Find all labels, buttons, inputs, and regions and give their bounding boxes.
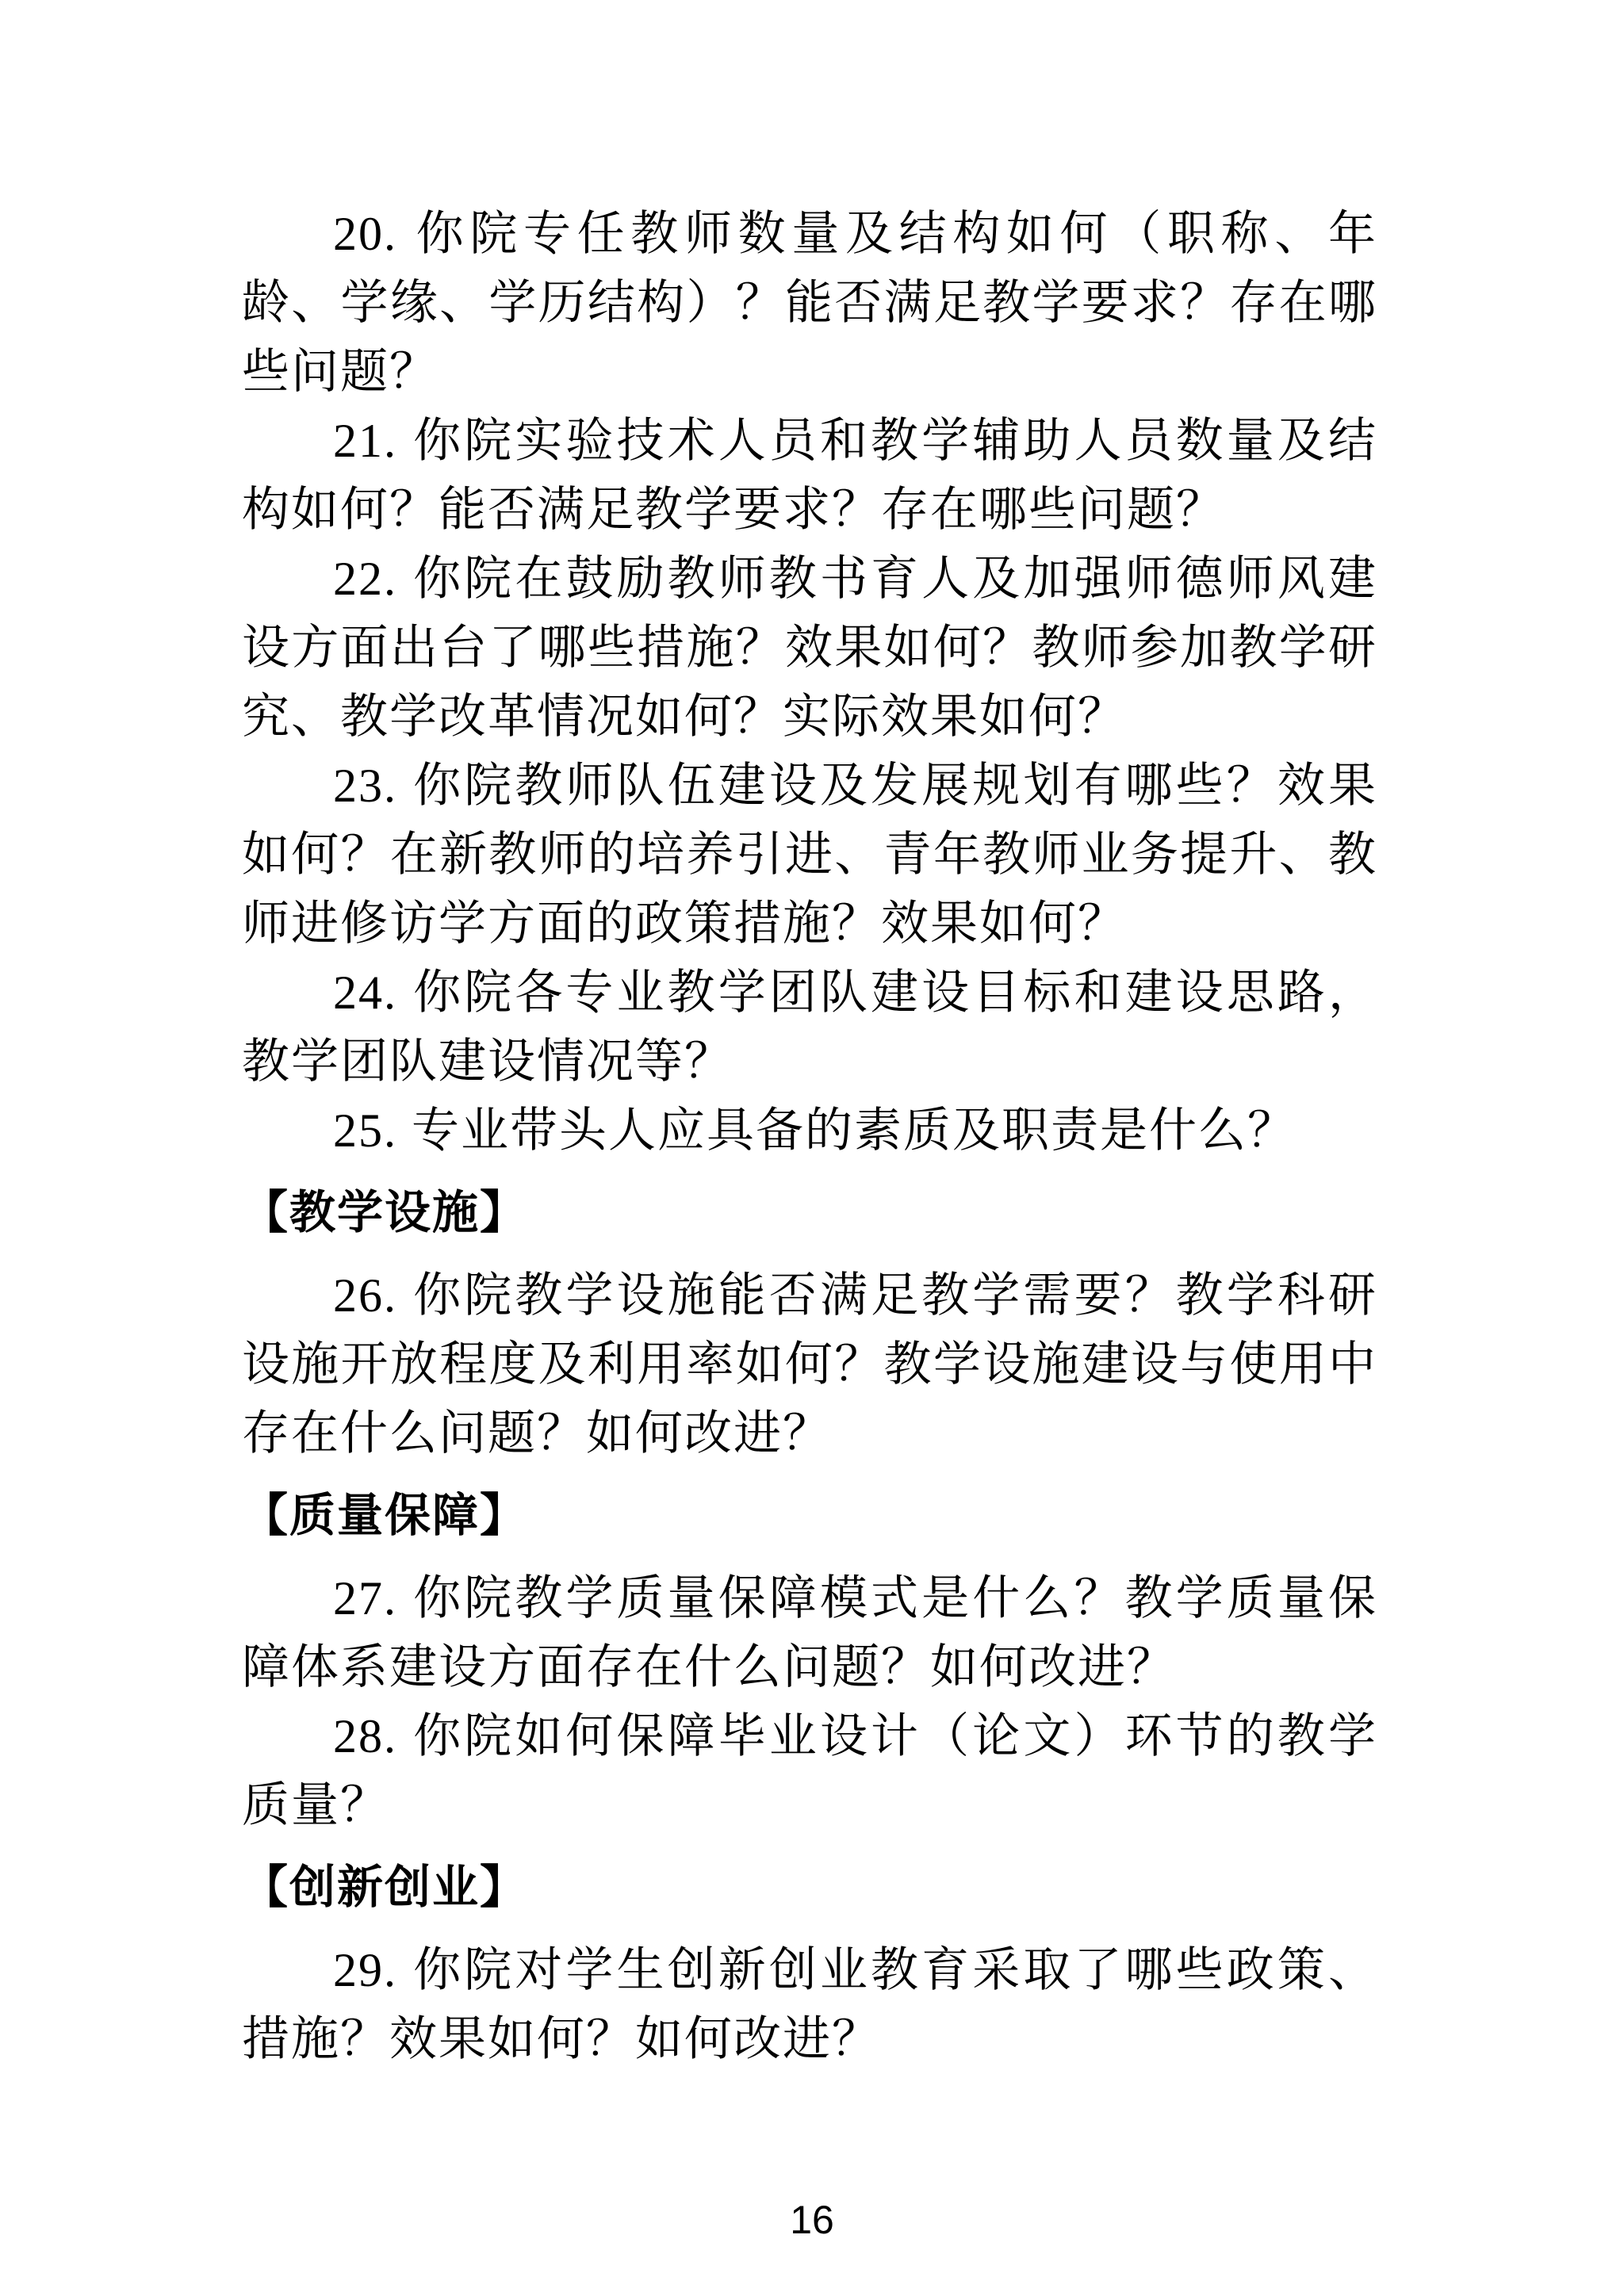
question-number: 26. bbox=[333, 1269, 397, 1322]
question-number: 22. bbox=[333, 553, 397, 605]
section-heading: 【质量保障】 bbox=[242, 1481, 1377, 1550]
question-number: 28. bbox=[333, 1710, 397, 1762]
question-number: 21. bbox=[333, 415, 397, 467]
question-item: 22.你院在鼓励教师教书育人及加强师德师风建设方面出台了哪些措施？效果如何？教师… bbox=[242, 545, 1377, 752]
question-text: 你院在鼓励教师教书育人及加强师德师风建设方面出台了哪些措施？效果如何？教师参加教… bbox=[242, 553, 1377, 743]
question-item: 28.你院如何保障毕业设计（论文）环节的教学质量？ bbox=[242, 1702, 1377, 1840]
question-text: 你院教学质量保障模式是什么？教学质量保障体系建设方面存在什么问题？如何改进？ bbox=[242, 1572, 1377, 1693]
content: 20.你院专任教师数量及结构如何（职称、年龄、学缘、学历结构）？能否满足教学要求… bbox=[242, 200, 1377, 2074]
question-number: 29. bbox=[333, 1944, 397, 1996]
section-heading: 【创新创业】 bbox=[242, 1853, 1377, 1922]
question-text: 你院各专业教学团队建设目标和建设思路，教学团队建设情况等？ bbox=[242, 966, 1377, 1088]
question-item: 23.你院教师队伍建设及发展规划有哪些？效果如何？在新教师的培养引进、青年教师业… bbox=[242, 752, 1377, 959]
question-text: 你院教师队伍建设及发展规划有哪些？效果如何？在新教师的培养引进、青年教师业务提升… bbox=[242, 760, 1377, 950]
question-item: 24.你院各专业教学团队建设目标和建设思路，教学团队建设情况等？ bbox=[242, 959, 1377, 1096]
question-item: 29.你院对学生创新创业教育采取了哪些政策、措施？效果如何？如何改进？ bbox=[242, 1936, 1377, 2074]
question-text: 你院对学生创新创业教育采取了哪些政策、措施？效果如何？如何改进？ bbox=[242, 1944, 1377, 2065]
question-text: 你院专任教师数量及结构如何（职称、年龄、学缘、学历结构）？能否满足教学要求？存在… bbox=[242, 208, 1377, 398]
document-page: 20.你院专任教师数量及结构如何（职称、年龄、学缘、学历结构）？能否满足教学要求… bbox=[0, 0, 1624, 2296]
page-number: 16 bbox=[0, 2198, 1624, 2242]
section-heading: 【教学设施】 bbox=[242, 1178, 1377, 1247]
question-number: 27. bbox=[333, 1572, 397, 1624]
question-number: 24. bbox=[333, 966, 397, 1019]
question-item: 27.你院教学质量保障模式是什么？教学质量保障体系建设方面存在什么问题？如何改进… bbox=[242, 1564, 1377, 1702]
question-number: 23. bbox=[333, 760, 397, 812]
question-number: 25. bbox=[333, 1104, 397, 1157]
question-item: 25.专业带头人应具备的素质及职责是什么？ bbox=[242, 1096, 1377, 1165]
question-item: 21.你院实验技术人员和教学辅助人员数量及结构如何？能否满足教学要求？存在哪些问… bbox=[242, 407, 1377, 545]
question-text: 你院实验技术人员和教学辅助人员数量及结构如何？能否满足教学要求？存在哪些问题？ bbox=[242, 415, 1377, 536]
question-number: 20. bbox=[333, 208, 397, 260]
question-text: 你院教学设施能否满足教学需要？教学科研设施开放程度及利用率如何？教学设施建设与使… bbox=[242, 1269, 1377, 1460]
question-item: 20.你院专任教师数量及结构如何（职称、年龄、学缘、学历结构）？能否满足教学要求… bbox=[242, 200, 1377, 407]
question-text: 专业带头人应具备的素质及职责是什么？ bbox=[412, 1104, 1297, 1157]
question-text: 你院如何保障毕业设计（论文）环节的教学质量？ bbox=[242, 1710, 1377, 1831]
question-item: 26.你院教学设施能否满足教学需要？教学科研设施开放程度及利用率如何？教学设施建… bbox=[242, 1261, 1377, 1468]
